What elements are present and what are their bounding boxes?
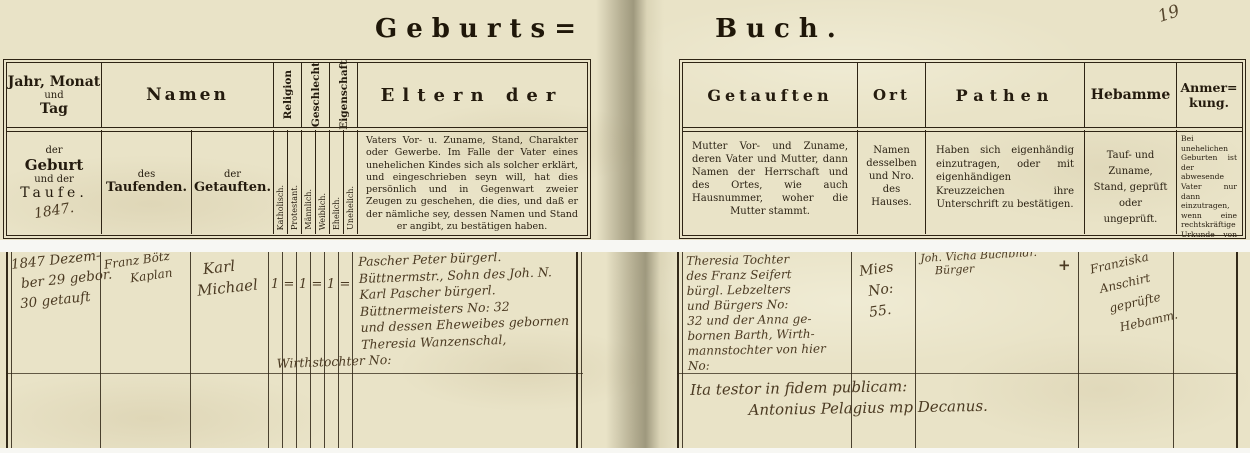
col-names-header: Namen (101, 63, 273, 127)
date-sub-line: und der (34, 174, 74, 185)
mark-ehelich: 1 (324, 277, 338, 292)
subcol-protestant: Protestant. (287, 130, 301, 234)
subcol-katholisch: Katholisch. (273, 130, 287, 234)
register-scan: Geburts= Buch. 19 Jahr, Monat und Tag Na… (0, 0, 1250, 453)
header-strip: Geburts= Buch. 19 Jahr, Monat und Tag Na… (0, 0, 1250, 240)
record-mother-entry: Theresia Tochter des Franz Seifert bürgl… (686, 252, 856, 374)
mark-protestant: = (282, 277, 296, 292)
katholisch-label: Katholisch. (276, 185, 285, 230)
baptizer-subheader: des Taufenden. (101, 130, 191, 234)
date-subheader: der Geburt und der Taufe. 1847. (7, 130, 101, 234)
record-baptizer-entry: Franz Bötz Kaplan (103, 252, 193, 291)
table-rule (677, 252, 679, 448)
col-date-header: Jahr, Monat und Tag (7, 63, 101, 127)
record-godparent-entry: Joh. Vicha Buchbndr. Bürger (920, 252, 1061, 278)
row-rule (6, 373, 583, 374)
date-sub-line: Taufe. (20, 185, 88, 201)
subcol-weiblich: Weiblich. (315, 130, 329, 234)
mark-maennlich: 1 (296, 277, 310, 292)
year-handwritten: 1847. (33, 200, 75, 222)
attestation-entry: Ita testor in fidem publicam: Antonius P… (690, 372, 1171, 422)
record-midwife-entry: Franziska Anschirt geprüfte Hebamm. (1088, 252, 1187, 342)
record-date-entry: 1847 Dezem- ber 29 gebor. 30 getauft (10, 252, 106, 315)
godparents-instruction-note: Haben sich eigenhändig einzutragen, oder… (925, 130, 1084, 234)
maennlich-label: Männlich. (304, 189, 313, 230)
col-godparents-header: Pathen (925, 63, 1084, 127)
baptizer-sub-line: des (138, 169, 155, 180)
baptized-sub-line: der (224, 169, 241, 180)
page-fold-shadow (606, 252, 678, 448)
remark-instruction-note: Bei unehelichen Geburten ist der abwesen… (1176, 130, 1241, 234)
record-baptized-name-entry: Karl Michael (194, 252, 270, 301)
parents-instruction-note: Vaters Vor- u. Zuname, Stand, Charakter … (357, 130, 586, 234)
col-sex-header: Geschlecht (301, 63, 329, 127)
weiblich-label: Weiblich. (318, 193, 327, 230)
table-rule (352, 252, 353, 448)
col-religion-header: Religion (273, 63, 301, 127)
col-midwife-header: Hebamme (1084, 63, 1176, 127)
left-header-table: Jahr, Monat und Tag Namen Religion Gesch… (6, 62, 588, 236)
unehelich-label: Unehelich. (346, 186, 355, 230)
table-rule (682, 252, 683, 448)
legitimacy-label: Eigenschaft (338, 60, 350, 130)
remark-title-line: Anmer= (1180, 80, 1237, 95)
col-legitimacy-header: Eigenschaft (329, 63, 357, 127)
date-sub-line: der (45, 145, 62, 156)
baptizer-sub-line: Taufenden. (106, 180, 187, 195)
midwife-instruction-note: Tauf- und Zuname, Stand, geprüft oder un… (1084, 130, 1176, 234)
table-rule (6, 252, 8, 448)
religion-label: Religion (282, 70, 294, 119)
mark-unehelich: = (338, 277, 352, 292)
date-header-line: Tag (40, 101, 68, 117)
subcol-maennlich: Männlich. (301, 130, 315, 234)
col-remark-header: Anmer= kung. (1176, 63, 1241, 127)
col-place-header: Ort (857, 63, 925, 127)
baptized-sub-line: Getauften. (194, 180, 271, 195)
page-number: 19 (1155, 1, 1182, 27)
table-rule (190, 252, 191, 448)
ehelich-label: Ehelich. (332, 197, 341, 230)
subcol-ehelich: Ehelich. (329, 130, 343, 234)
baptized-subheader: der Getauften. (191, 130, 273, 234)
record-father-entry: Pascher Peter bürgerl. Büttnermstr., Soh… (358, 252, 580, 369)
table-rule (1236, 252, 1238, 448)
mark-weiblich: = (310, 277, 324, 292)
record-place-entry: Mies No: 55. (858, 254, 920, 324)
book-title-right: Buch. (690, 12, 870, 46)
date-sub-line: Geburt (25, 156, 84, 174)
right-header-table: Getauften Ort Pathen Hebamme Anmer= kung… (682, 62, 1243, 236)
sex-label: Geschlecht (310, 62, 322, 127)
col-baptized-header: Getauften (683, 63, 857, 127)
book-title-left: Geburts= (290, 12, 670, 46)
mother-entry-line: No: (688, 356, 856, 374)
remark-title-line: kung. (1189, 95, 1229, 110)
place-instruction-note: Namen desselben und Nro. des Hauses. (857, 130, 925, 234)
protestant-label: Protestant. (290, 185, 299, 230)
table-rule (1078, 252, 1079, 448)
date-header-line: Jahr, Monat (8, 74, 101, 90)
mark-katholisch: 1 (268, 277, 282, 292)
godparent-cross-mark: + (1058, 256, 1071, 274)
col-parents-header: Eltern der (357, 63, 586, 127)
baptized-instruction-note: Mutter Vor- und Zuname, deren Vater und … (683, 130, 857, 234)
table-rule (581, 252, 582, 448)
subcol-unehelich: Unehelich. (343, 130, 357, 234)
date-header-line: und (44, 90, 63, 101)
record-strip: 1847 Dezem- ber 29 gebor. 30 getauft Fra… (0, 252, 1250, 448)
